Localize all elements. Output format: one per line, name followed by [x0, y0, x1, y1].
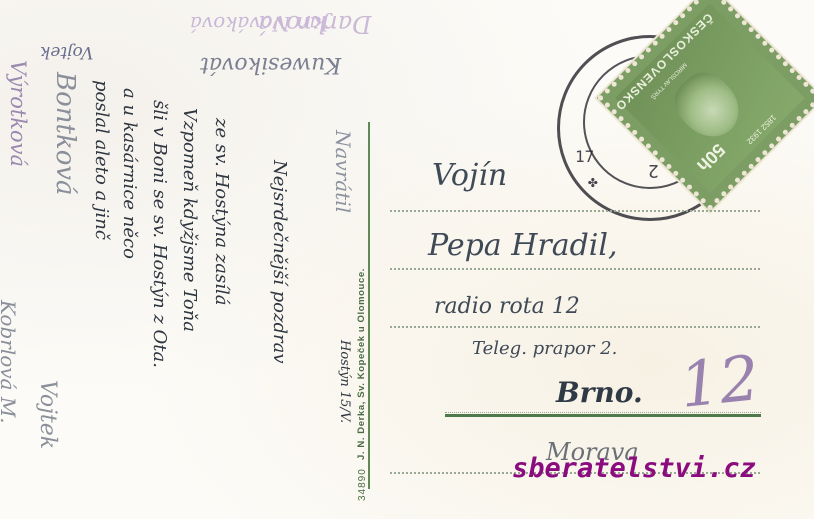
upside-down-signature: Vojtek [40, 42, 93, 62]
address-line: Teleg. prapor 2. [472, 338, 617, 359]
postmark-date: 17 [575, 147, 594, 166]
message-signature: Vojtek [35, 380, 60, 449]
address-rule [390, 326, 760, 328]
address-rule [390, 210, 760, 212]
message-signature: Navrátil [331, 130, 355, 213]
message-line: poslal aleto a jinč [91, 80, 112, 240]
card-number: 34890 [357, 468, 368, 501]
message-signature: Bontková [50, 72, 80, 196]
postmark-number: 2 [648, 160, 659, 181]
purple-pencil-mark: 12 [676, 341, 762, 422]
center-divider [368, 122, 370, 489]
message-signature: Výrotková [6, 60, 30, 167]
message-line: ze sv. Hostýna zasílá [211, 118, 232, 306]
message-line: Nejsrdečnější pozdrav [269, 160, 290, 364]
message-line: šli v Boni se sv. Hostýn z Ota. [149, 100, 170, 368]
postmark-star-icon: ✤ [588, 172, 598, 191]
watermark: sberatelstvi.cz [512, 453, 756, 484]
address-rule [390, 268, 760, 270]
address-line: Pepa Hradil, [428, 228, 618, 263]
stamp-portrait-icon [665, 63, 751, 149]
stamp-years: 1852 1932 [745, 113, 778, 146]
message-date: Hostýn 15/V. [337, 340, 352, 423]
stamp-value: 50h [692, 139, 729, 176]
publisher-imprint: J. N. Derka, Sv. Kopeček u Olomouce. [356, 268, 367, 460]
upside-down-signature: Kuwesikovát [200, 52, 341, 77]
postcard: Jan Nováková Vojtek Kuwesikovát Darkrová… [0, 0, 814, 519]
message-line: a u kasárnice něco [119, 88, 140, 259]
address-line: Vojín [432, 158, 507, 193]
address-line: Brno. [556, 376, 643, 409]
address-line: radio rota 12 [434, 294, 580, 319]
message-signature: Kobrlová M. [0, 300, 20, 424]
message-line: Vzpomeň kdyžjsme Toňa [179, 108, 200, 332]
upside-down-signature: Darkrová [258, 10, 371, 38]
